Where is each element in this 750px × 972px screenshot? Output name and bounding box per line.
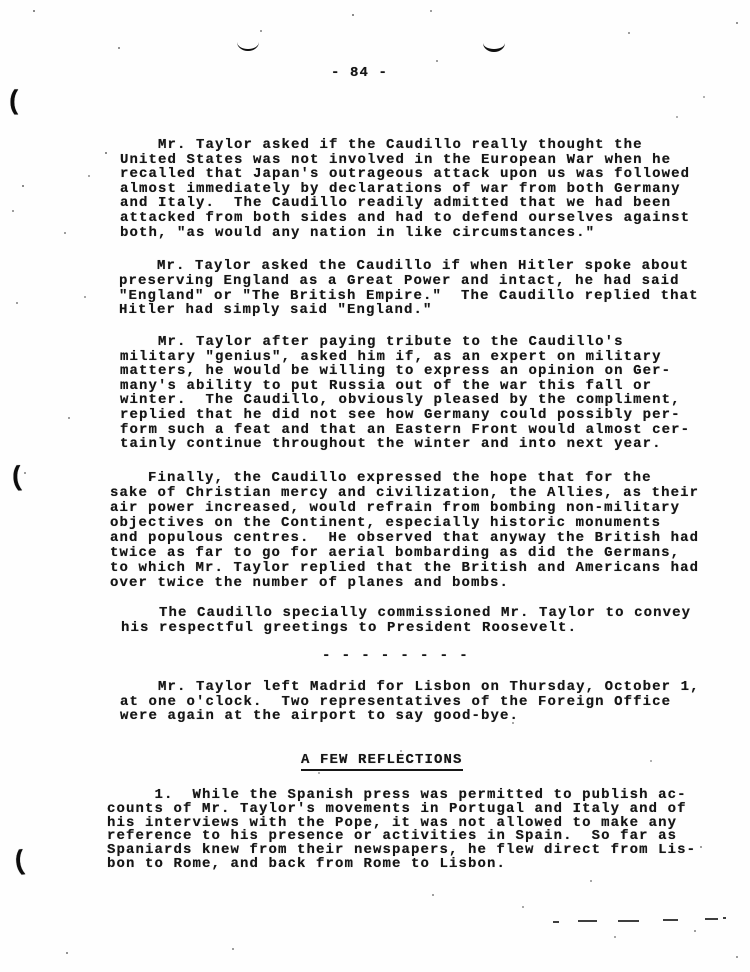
section-heading: A FEW REFLECTIONS xyxy=(301,753,463,771)
pen-curve-mark xyxy=(237,40,259,51)
paragraph-4: Finally, the Caudillo expressed the hope… xyxy=(110,471,699,591)
stray-mark xyxy=(723,917,726,919)
stray-mark xyxy=(663,919,678,921)
binding-mark-icon: ( xyxy=(8,463,26,494)
stray-mark xyxy=(578,920,597,922)
scanned-document-page: - 84 - Mr. Taylor asked if the Caudillo … xyxy=(0,0,750,972)
paragraph-1: Mr. Taylor asked if the Caudillo really … xyxy=(120,138,690,240)
stray-mark xyxy=(618,920,639,922)
paragraph-6: Mr. Taylor left Madrid for Lisbon on Thu… xyxy=(120,680,700,724)
paragraph-2: Mr. Taylor asked the Caudillo if when Hi… xyxy=(119,259,699,318)
scan-noise-speckles xyxy=(0,0,2,2)
binding-mark-icon: ( xyxy=(10,847,29,879)
stray-mark xyxy=(553,921,559,923)
paragraph-5: The Caudillo specially commissioned Mr. … xyxy=(121,606,691,635)
stray-mark xyxy=(705,918,718,920)
page-number: - 84 - xyxy=(331,66,388,81)
paragraph-7: 1. While the Spanish press was permitted… xyxy=(107,789,696,872)
binding-mark-icon: ( xyxy=(6,88,22,118)
pen-curve-mark xyxy=(483,40,505,52)
paragraph-3: Mr. Taylor after paying tribute to the C… xyxy=(120,335,690,452)
section-divider: - - - - - - - - xyxy=(322,649,469,664)
